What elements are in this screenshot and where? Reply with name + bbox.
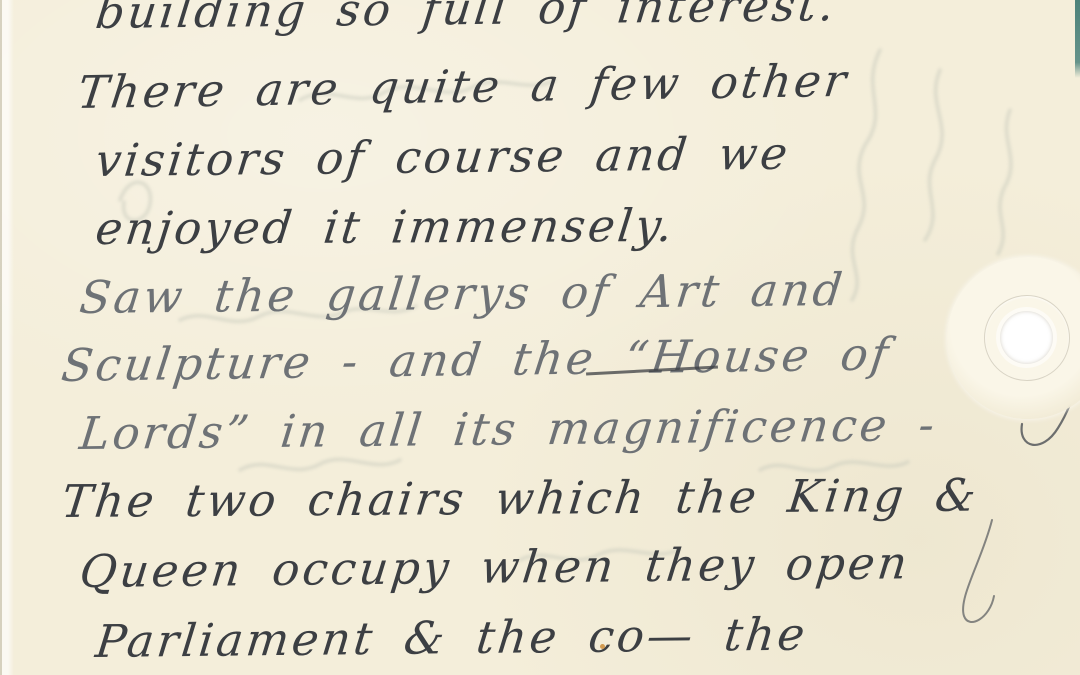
handwritten-line-7: Lords” in all its magnificence -	[77, 398, 940, 460]
handwritten-line-4: enjoyed it immensely.	[93, 199, 678, 255]
handwritten-line-6: Sculpture - and the “House of	[59, 327, 895, 392]
handwritten-line-3: visitors of course and we	[93, 127, 793, 187]
handwritten-line-9: Queen occupy when they open	[77, 536, 913, 598]
page-left-edge	[0, 0, 14, 675]
handwritten-line-5: Saw the gallerys of Art and	[77, 263, 848, 324]
handwritten-line-10: Parliament & the co— the	[93, 608, 810, 668]
handwritten-line-8: The two chairs which the King &	[59, 469, 982, 528]
punch-hole	[1000, 311, 1053, 364]
letter-page: building so full of interest. There are …	[0, 0, 1080, 675]
scan-edge-artifact	[1075, 0, 1080, 78]
handwritten-line-2: There are quite a few other	[75, 54, 852, 119]
handwritten-line-1: building so full of interest.	[93, 0, 840, 39]
paper-speck	[600, 644, 605, 649]
